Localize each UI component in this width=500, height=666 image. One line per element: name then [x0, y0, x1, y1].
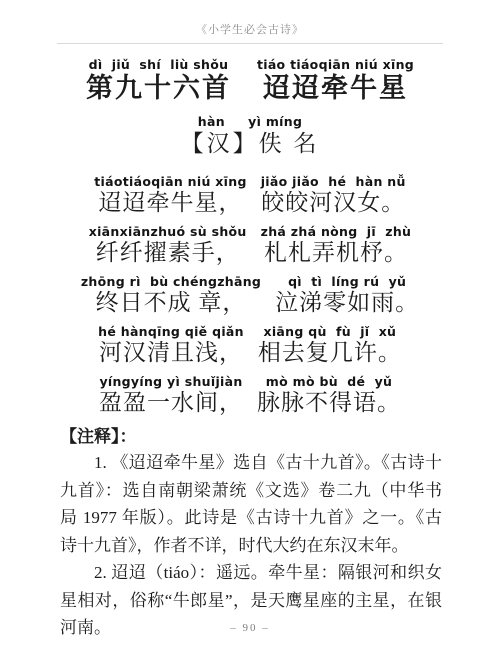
- poem-number-pinyin: dì jiǔ shí liù shǒu: [89, 57, 229, 72]
- poem-line-5-pinyin-b: mò mò bù dé yǔ: [266, 374, 392, 389]
- page-number: – 90 –: [0, 622, 500, 634]
- author-pinyin: hàn yì míng: [198, 114, 302, 129]
- poem-line-2-hanzi-a: 纤纤擢素手，: [96, 239, 240, 267]
- poem-line-3: zhōng rì bù chéngzhāng 终日不成 章， qì tì lín…: [0, 274, 500, 317]
- poem-line-3-pinyin-a: zhōng rì bù chéngzhāng: [81, 274, 261, 289]
- poem-line-1-pinyin-a: tiáotiáoqiān niú xīng: [94, 174, 246, 189]
- header-rule: [57, 43, 443, 44]
- poem-line-2: xiānxiānzhuó sù shǒu 纤纤擢素手， zhá zhá nòng…: [0, 224, 500, 267]
- author-name: 【汉】佚 名: [181, 129, 320, 158]
- poem-line-4: hé hànqīng qiě qiǎn 河汉清且浅， xiāng qù fù j…: [0, 324, 500, 367]
- poem-line-5: yíngyíng yì shuǐjiàn 盈盈一水间， mò mò bù dé …: [0, 374, 500, 417]
- poem-name-text: 迢迢牵牛星: [263, 72, 408, 105]
- poem-line-2-pinyin-b: zhá zhá nòng jī zhù: [261, 224, 412, 239]
- poem-line-4-pinyin-b: xiāng qù fù jǐ xǔ: [263, 324, 396, 339]
- poem-line-5-pinyin-a: yíngyíng yì shuǐjiàn: [99, 374, 242, 389]
- running-header: 《小学生必会古诗》: [0, 0, 500, 37]
- poem-line-5-hanzi-a: 盈盈一水间，: [99, 389, 243, 417]
- note-item-1: 1. 《迢迢牵牛星》选自《古十九首》。《古诗十九首》：选自南朝梁萧统《文选》卷二…: [60, 449, 442, 559]
- poem-line-4-hanzi-a: 河汉清且浅，: [99, 339, 243, 367]
- book-page: 《小学生必会古诗》 dì jiǔ shí liù shǒu 第九十六首 tiáo…: [0, 0, 500, 666]
- poem-line-1: tiáotiáoqiān niú xīng 迢迢牵牛星， jiǎo jiǎo h…: [0, 174, 500, 217]
- poem-line-3-pinyin-b: qì tì líng rú yǔ: [288, 274, 406, 289]
- poem-line-2-pinyin-a: xiānxiānzhuó sù shǒu: [89, 224, 247, 239]
- author-block: hàn yì míng 【汉】佚 名: [0, 114, 500, 158]
- poem-body: tiáotiáoqiān niú xīng 迢迢牵牛星， jiǎo jiǎo h…: [0, 174, 500, 417]
- poem-line-4-pinyin-a: hé hànqīng qiě qiǎn: [98, 324, 244, 339]
- poem-number-block: dì jiǔ shí liù shǒu 第九十六首: [86, 57, 231, 105]
- poem-line-1-hanzi-b: 皎皎河汉女。: [261, 189, 405, 217]
- poem-number-text: 第九十六首: [86, 72, 231, 105]
- poem-line-4-hanzi-b: 相去复几许。: [258, 339, 402, 367]
- poem-line-1-pinyin-b: jiǎo jiǎo hé hàn nǚ: [261, 174, 406, 189]
- poem-line-1-hanzi-a: 迢迢牵牛星，: [98, 189, 242, 217]
- poem-name-pinyin: tiáo tiáoqiān niú xīng: [257, 57, 414, 72]
- poem-line-3-hanzi-b: 泣涕零如雨。: [275, 289, 419, 317]
- notes-section: 【注释】： 1. 《迢迢牵牛星》选自《古十九首》。《古诗十九首》：选自南朝梁萧统…: [60, 425, 442, 642]
- notes-heading: 【注释】：: [60, 425, 442, 449]
- poem-line-2-hanzi-b: 札札弄机杼。: [264, 239, 408, 267]
- poem-title: dì jiǔ shí liù shǒu 第九十六首 tiáo tiáoqiān …: [0, 57, 500, 105]
- poem-name-block: tiáo tiáoqiān niú xīng 迢迢牵牛星: [257, 57, 414, 105]
- poem-line-5-hanzi-b: 脉脉不得语。: [257, 389, 401, 417]
- poem-line-3-hanzi-a: 终日不成 章，: [96, 289, 247, 317]
